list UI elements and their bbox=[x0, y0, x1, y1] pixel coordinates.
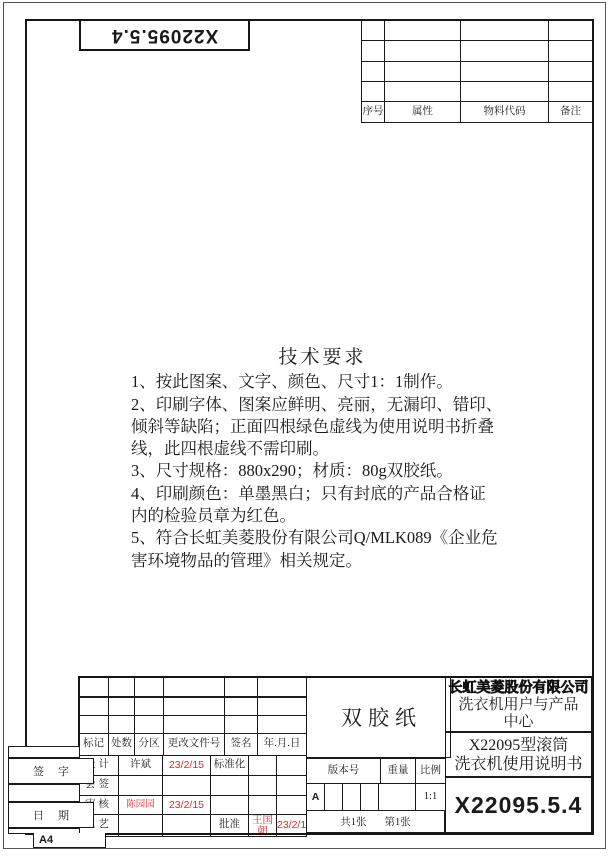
tech-requirements: 技术要求 1、按此图案、文字、颜色、尺寸1：1制作。 2、印刷字体、图案应鲜明、… bbox=[131, 347, 476, 572]
tech-line-2: 2、印刷字体、图案应鲜明、亮丽，无漏印、错印、 bbox=[131, 394, 476, 416]
empty-cell bbox=[385, 62, 461, 82]
margin-strip-spacer bbox=[8, 784, 80, 802]
standardization-label: 标准化 bbox=[211, 756, 249, 776]
tech-line-1: 1、按此图案、文字、颜色、尺寸1：1制作。 bbox=[131, 371, 476, 393]
version-label: 版本号 bbox=[307, 759, 381, 784]
empty-cell bbox=[164, 716, 225, 734]
empty-cell bbox=[277, 756, 307, 776]
empty-cell bbox=[119, 776, 163, 796]
empty-cell bbox=[277, 796, 307, 815]
empty-cell bbox=[109, 697, 135, 716]
empty-cell bbox=[225, 697, 258, 716]
empty-cell bbox=[211, 796, 249, 815]
empty-cell bbox=[385, 20, 461, 41]
bom-header-remark: 备注 bbox=[549, 102, 593, 123]
company-cell: 长虹美菱股份有限公司 洗衣机用户与产品 中心 bbox=[445, 676, 592, 732]
empty-cell bbox=[225, 677, 258, 697]
empty-cell bbox=[343, 784, 361, 811]
drawing-number-cell: X22095.5.4 bbox=[445, 777, 592, 833]
empty-cell bbox=[79, 677, 109, 697]
empty-cell bbox=[164, 677, 225, 697]
weight-label: 重量 bbox=[381, 759, 416, 784]
tech-line-6: 4、印刷颜色：单墨黑白；只有封底的产品合格证 bbox=[131, 483, 476, 505]
margin-date-label: 日期 bbox=[33, 807, 83, 823]
drawing-number: X22095.5.4 bbox=[455, 792, 583, 819]
version-value: A bbox=[307, 784, 325, 811]
empty-cell bbox=[211, 776, 249, 796]
revision-header-change-doc: 更改文件号 bbox=[164, 734, 225, 756]
paper-size-label: A4 bbox=[39, 834, 53, 846]
empty-cell bbox=[249, 756, 277, 776]
empty-cell bbox=[164, 697, 225, 716]
design-date: 23/2/15 bbox=[163, 756, 211, 776]
empty-cell bbox=[258, 697, 307, 716]
empty-cell bbox=[249, 796, 277, 815]
revision-header-count: 处数 bbox=[109, 734, 135, 756]
audit-name: 陈园园 bbox=[119, 796, 163, 815]
empty-cell bbox=[258, 677, 307, 697]
empty-cell bbox=[79, 697, 109, 716]
product-cell: X22095型滚筒 洗衣机使用说明书 bbox=[445, 732, 592, 777]
empty-cell bbox=[277, 776, 307, 796]
material-name: 双胶纸 bbox=[341, 702, 422, 732]
tech-line-8: 5、符合长虹美菱股份有限公司Q/MLK089《企业危 bbox=[131, 527, 476, 549]
empty-cell bbox=[362, 82, 385, 102]
approve-date: 23/2/15 bbox=[277, 815, 307, 837]
empty-cell bbox=[225, 716, 258, 734]
bom-header-material-code: 物料代码 bbox=[461, 102, 549, 123]
empty-cell bbox=[362, 20, 385, 41]
empty-cell bbox=[549, 41, 593, 62]
tech-line-9: 害环境物品的管理》相关规定。 bbox=[131, 550, 476, 572]
weight-value-cell bbox=[379, 784, 416, 811]
empty-cell bbox=[461, 41, 549, 62]
empty-cell bbox=[549, 82, 593, 102]
margin-signature-label: 签字 bbox=[33, 763, 83, 779]
empty-cell bbox=[135, 697, 164, 716]
department-line1: 洗衣机用户与产品 bbox=[458, 697, 578, 714]
empty-cell bbox=[385, 82, 461, 102]
approve-label: 批准 bbox=[211, 815, 249, 837]
empty-cell bbox=[119, 815, 163, 837]
audit-date: 23/2/15 bbox=[163, 796, 211, 815]
empty-cell bbox=[461, 62, 549, 82]
tech-line-4: 线，此四根虚线不需印刷。 bbox=[131, 438, 476, 460]
product-line1: X22095型滚筒 bbox=[469, 736, 569, 755]
bom-header-attribute: 属性 bbox=[385, 102, 461, 123]
revision-header-date: 年.月.日 bbox=[258, 734, 307, 756]
sheet-number: 第1张 bbox=[385, 814, 411, 829]
tech-line-7: 内的检验员章为红色。 bbox=[131, 505, 476, 527]
paper-size-box: A4 bbox=[33, 833, 106, 848]
drawing-sheet: X22095.5.4 bbox=[0, 0, 609, 856]
empty-cell bbox=[461, 20, 549, 41]
tech-line-5: 3、尺寸规格：880x290；材质：80g双胶纸。 bbox=[131, 460, 476, 482]
empty-cell bbox=[361, 784, 379, 811]
revision-table: 标记 处数 分区 更改文件号 签名 年.月.日 bbox=[78, 676, 306, 755]
empty-cell bbox=[549, 20, 593, 41]
empty-cell bbox=[109, 677, 135, 697]
empty-cell bbox=[325, 784, 343, 811]
margin-strip-spacer bbox=[8, 746, 80, 758]
empty-cell bbox=[362, 41, 385, 62]
version-value-row: A 1:1 bbox=[306, 783, 445, 810]
empty-cell bbox=[461, 82, 549, 102]
empty-cell bbox=[258, 716, 307, 734]
empty-cell bbox=[79, 716, 109, 734]
scale-label: 比例 bbox=[416, 759, 446, 784]
signature-table: 设计 许斌 23/2/15 标准化 会签 审核 陈园园 23/2/15 bbox=[78, 755, 306, 833]
tech-requirements-title: 技术要求 bbox=[131, 347, 476, 369]
empty-cell bbox=[163, 776, 211, 796]
inverted-drawing-number: X22095.5.4 bbox=[111, 24, 218, 46]
revision-header-zone: 分区 bbox=[135, 734, 164, 756]
revision-header-mark: 标记 bbox=[79, 734, 109, 756]
bom-header-seq: 序号 bbox=[362, 102, 385, 123]
revision-header-signature: 签名 bbox=[225, 734, 258, 756]
scale-value: 1:1 bbox=[416, 784, 446, 811]
sheet-count-cell: 共1张 第1张 bbox=[306, 810, 445, 833]
design-name: 许斌 bbox=[119, 756, 163, 776]
total-sheets: 共1张 bbox=[340, 814, 366, 829]
margin-signature-box: 签字 bbox=[8, 758, 94, 784]
empty-cell bbox=[385, 41, 461, 62]
empty-cell bbox=[249, 776, 277, 796]
material-cell: 双胶纸 bbox=[306, 676, 451, 758]
empty-cell bbox=[135, 716, 164, 734]
product-line2: 洗衣机使用说明书 bbox=[454, 755, 582, 774]
approve-name: 王国朝 bbox=[249, 815, 277, 837]
margin-date-box: 日期 bbox=[8, 802, 94, 828]
department-line2: 中心 bbox=[503, 714, 533, 731]
empty-cell bbox=[109, 716, 135, 734]
bom-table: 序号 属性 物料代码 备注 bbox=[361, 19, 592, 122]
tech-line-3: 倾斜等缺陷；正面四根绿色虚线为使用说明书折叠 bbox=[131, 416, 476, 438]
version-header-row: 版本号 重量 比例 bbox=[306, 758, 445, 783]
company-name: 长虹美菱股份有限公司 bbox=[449, 677, 589, 697]
empty-cell bbox=[362, 62, 385, 82]
inverted-title-box: X22095.5.4 bbox=[79, 21, 250, 51]
empty-cell bbox=[135, 677, 164, 697]
empty-cell bbox=[163, 815, 211, 837]
empty-cell bbox=[549, 62, 593, 82]
